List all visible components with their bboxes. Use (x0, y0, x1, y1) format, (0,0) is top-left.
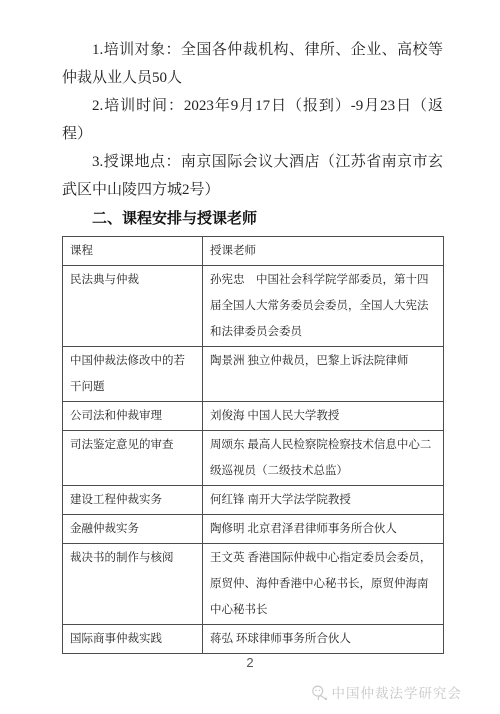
teacher-header-cell: 授课老师 (203, 237, 444, 266)
table-row: 公司法和仲裁审理 刘俊海 中国人民大学教授 (63, 402, 444, 431)
table-row: 裁决书的制作与核阅 王文英 香港国际仲裁中心指定委员会委员，原贸仲、海仲香港中心… (63, 544, 444, 625)
course-schedule-table: 课程 授课老师 民法典与仲裁 孙宪忠 中国社会科学院学部委员，第十四届全国人大常… (62, 236, 444, 654)
table-row: 金融仲裁实务 陶修明 北京君泽君律师事务所合伙人 (63, 515, 444, 544)
wechat-watermark: 中国仲裁法学研究会 (311, 682, 463, 702)
course-header-cell: 课程 (63, 237, 203, 266)
teacher-cell: 孙宪忠 中国社会科学院学部委员，第十四届全国人大常务委员会委员，全国人大宪法和法… (203, 266, 444, 347)
table-header-row: 课程 授课老师 (63, 237, 444, 266)
course-cell: 裁决书的制作与核阅 (63, 544, 203, 625)
page-number: 2 (0, 655, 500, 670)
teacher-cell: 陶修明 北京君泽君律师事务所合伙人 (203, 515, 444, 544)
course-cell: 金融仲裁实务 (63, 515, 203, 544)
document-page: 1.培训对象：全国各仲裁机构、律所、企业、高校等仲裁从业人员50人 2.培训时间… (0, 0, 500, 714)
course-cell: 公司法和仲裁审理 (63, 402, 203, 431)
teacher-cell: 陶景洲 独立仲裁员，巴黎上诉法院律师 (203, 347, 444, 402)
table-row: 司法鉴定意见的审查 周颂东 最高人民检察院检察技术信息中心二级巡视员（二级技术总… (63, 431, 444, 486)
table-row: 建设工程仲裁实务 何红锋 南开大学法学院教授 (63, 486, 444, 515)
course-cell: 司法鉴定意见的审查 (63, 431, 203, 486)
course-cell: 国际商事仲裁实践 (63, 625, 203, 654)
table-row: 民法典与仲裁 孙宪忠 中国社会科学院学部委员，第十四届全国人大常务委员会委员，全… (63, 266, 444, 347)
table-row: 国际商事仲裁实践 蒋弘 环球律师事务所合伙人 (63, 625, 444, 654)
teacher-cell: 周颂东 最高人民检察院检察技术信息中心二级巡视员（二级技术总监） (203, 431, 444, 486)
document-content: 1.培训对象：全国各仲裁机构、律所、企业、高校等仲裁从业人员50人 2.培训时间… (0, 0, 500, 654)
teacher-cell: 蒋弘 环球律师事务所合伙人 (203, 625, 444, 654)
course-cell: 中国仲裁法修改中的若干问题 (63, 347, 203, 402)
paragraph-training-time: 2.培训时间：2023年9月17日（报到）-9月23日（返程） (62, 92, 443, 148)
course-cell: 民法典与仲裁 (63, 266, 203, 347)
course-cell: 建设工程仲裁实务 (63, 486, 203, 515)
section-heading: 二、课程安排与授课老师 (62, 204, 443, 234)
teacher-cell: 王文英 香港国际仲裁中心指定委员会委员，原贸仲、海仲香港中心秘书长，原贸仲海南中… (203, 544, 444, 625)
teacher-cell: 刘俊海 中国人民大学教授 (203, 402, 444, 431)
table-row: 中国仲裁法修改中的若干问题 陶景洲 独立仲裁员，巴黎上诉法院律师 (63, 347, 444, 402)
watermark-label: 中国仲裁法学研究会 (332, 682, 463, 702)
paragraph-training-venue: 3.授课地点：南京国际会议大酒店（江苏省南京市玄武区中山陵四方城2号） (62, 148, 443, 204)
wechat-logo-icon (311, 685, 328, 700)
paragraph-training-target: 1.培训对象：全国各仲裁机构、律所、企业、高校等仲裁从业人员50人 (62, 36, 443, 92)
teacher-cell: 何红锋 南开大学法学院教授 (203, 486, 444, 515)
